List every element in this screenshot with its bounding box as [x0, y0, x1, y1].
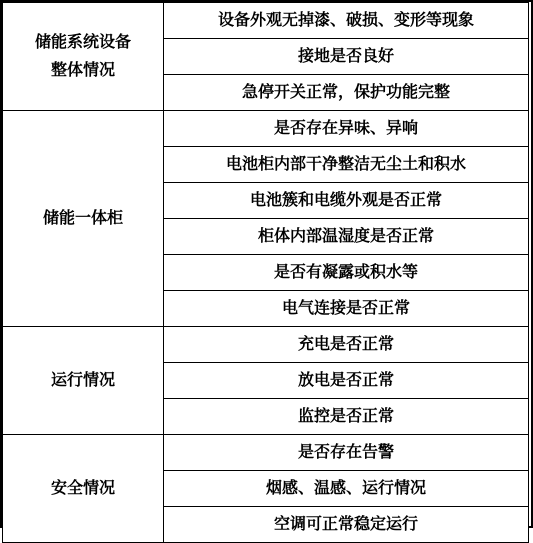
- item-cell: 急停开关正常，保护功能完整: [164, 75, 529, 111]
- table-row: 运行情况 充电是否正常: [3, 327, 529, 363]
- category-cell-storage-cabinet: 储能一体柜: [3, 111, 164, 327]
- item-cell: 电气连接是否正常: [164, 291, 529, 327]
- item-cell: 空调可正常稳定运行: [164, 507, 529, 543]
- item-cell: 柜体内部温湿度是否正常: [164, 219, 529, 255]
- item-cell: 监控是否正常: [164, 399, 529, 435]
- item-cell: 是否有凝露或积水等: [164, 255, 529, 291]
- item-cell: 是否存在异味、异响: [164, 111, 529, 147]
- item-cell: 烟感、温感、运行情况: [164, 471, 529, 507]
- table-row: 安全情况 是否存在告警: [3, 435, 529, 471]
- table-row: 储能一体柜 是否存在异味、异响: [3, 111, 529, 147]
- category-cell-safety: 安全情况: [3, 435, 164, 543]
- item-cell: 接地是否良好: [164, 39, 529, 75]
- item-cell: 设备外观无掉漆、破损、变形等现象: [164, 3, 529, 39]
- category-cell-overall-equipment: 储能系统设备 整体情况: [3, 3, 164, 111]
- item-cell: 是否存在告警: [164, 435, 529, 471]
- inspection-table: 储能系统设备 整体情况 设备外观无掉漆、破损、变形等现象 接地是否良好 急停开关…: [2, 2, 529, 543]
- item-cell: 放电是否正常: [164, 363, 529, 399]
- category-cell-operation: 运行情况: [3, 327, 164, 435]
- item-cell: 电池簇和电缆外观是否正常: [164, 183, 529, 219]
- table-outer-border: 储能系统设备 整体情况 设备外观无掉漆、破损、变形等现象 接地是否良好 急停开关…: [0, 0, 533, 528]
- inspection-checklist-page: 储能系统设备 整体情况 设备外观无掉漆、破损、变形等现象 接地是否良好 急停开关…: [0, 0, 533, 528]
- item-cell: 充电是否正常: [164, 327, 529, 363]
- item-cell: 电池柜内部干净整洁无尘土和积水: [164, 147, 529, 183]
- table-row: 储能系统设备 整体情况 设备外观无掉漆、破损、变形等现象: [3, 3, 529, 39]
